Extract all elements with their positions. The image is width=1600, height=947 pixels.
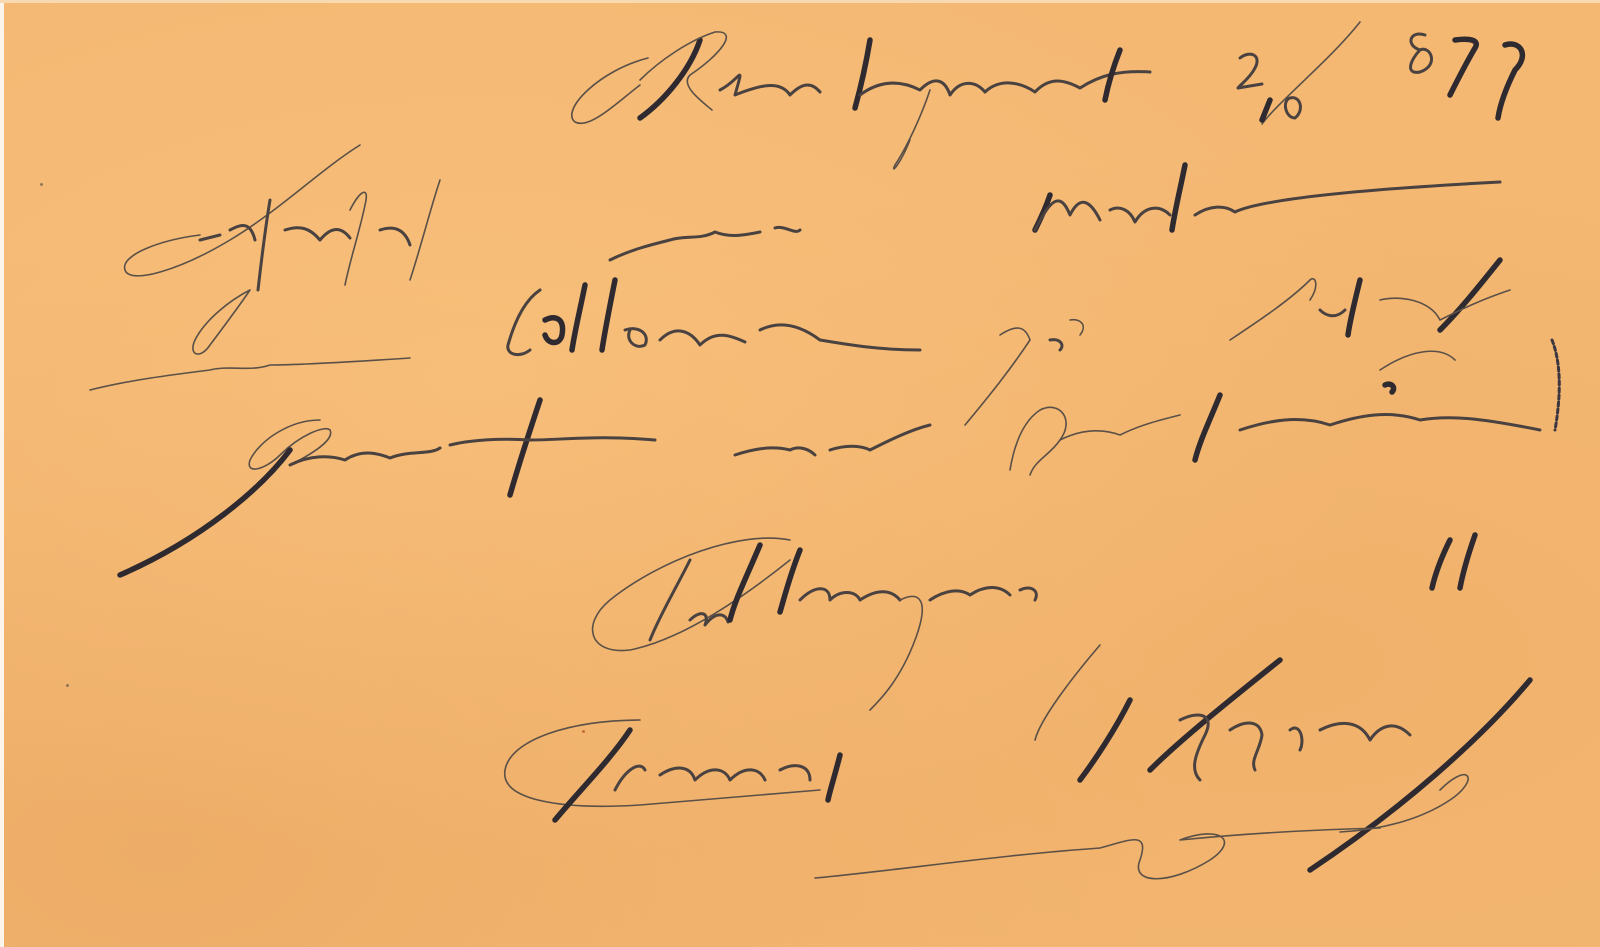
postcard: Klostergrab 2/10 879 Ersuche mir Muster … [0,0,1600,947]
header-date-handwriting [1238,22,1522,124]
signature-handwriting [505,645,1530,879]
postmark-fragment [1552,340,1559,430]
body-line-2-handwriting [90,260,1510,425]
closing-handwriting [593,535,1475,710]
header-place-handwriting [572,32,1150,169]
body-line-1-handwriting [125,145,1500,290]
handwriting-layer [0,0,1600,947]
body-line-3-handwriting [120,351,1540,575]
